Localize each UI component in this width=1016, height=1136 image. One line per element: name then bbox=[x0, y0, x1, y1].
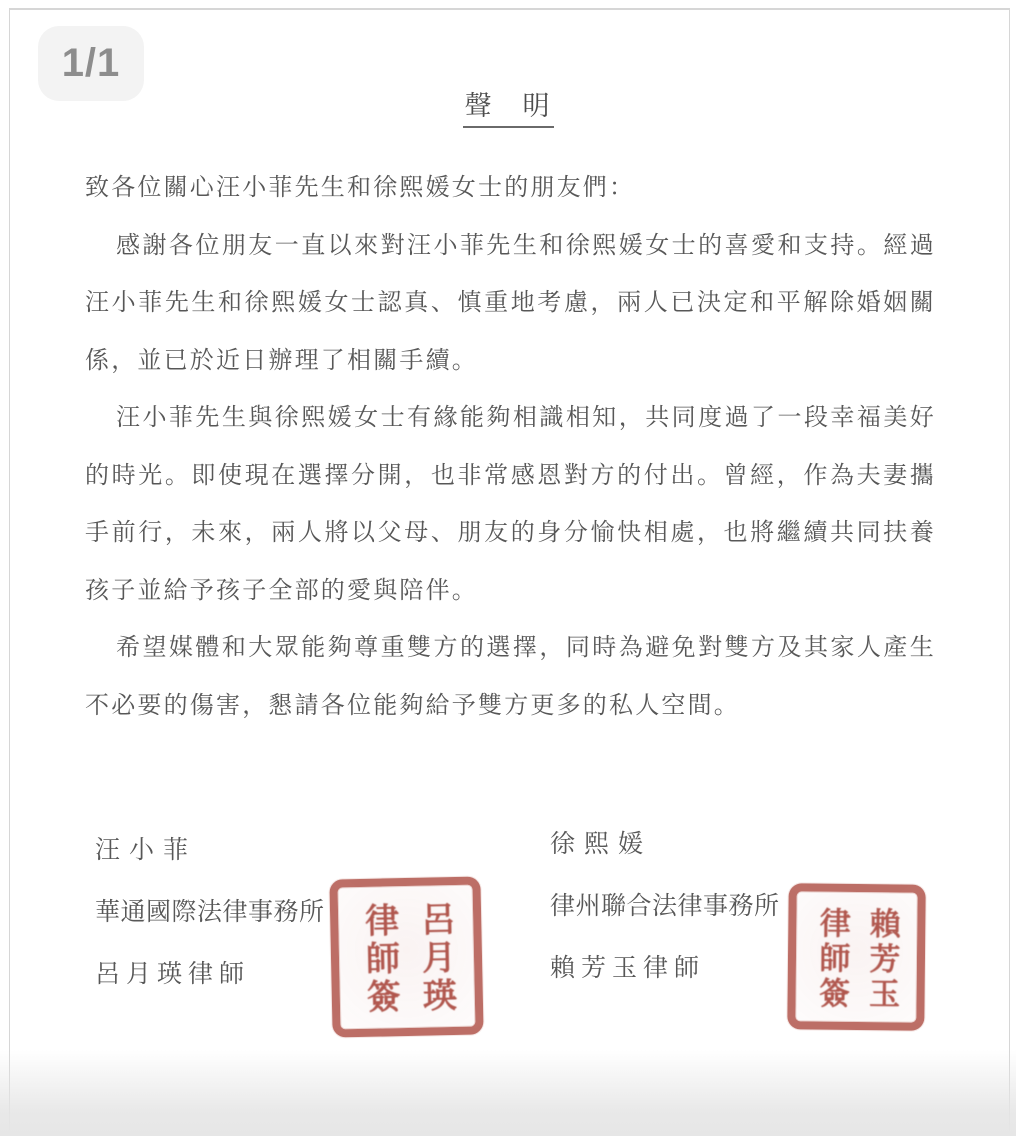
law-firm-left: 華通國際法律事務所 bbox=[95, 882, 325, 944]
greeting-line: 致各位關心汪小菲先生和徐熙媛女士的朋友們： bbox=[85, 160, 936, 218]
law-firm-right: 律州聯合法律事務所 bbox=[550, 876, 780, 938]
paragraph-3: 希望媒體和大眾能夠尊重雙方的選擇，同時為避免對雙方及其家人產生不必要的傷害，懇請… bbox=[85, 620, 936, 735]
lawyer-name-right: 賴芳玉律師 bbox=[550, 938, 780, 1000]
lawyer-seal-right: 賴芳玉律師簽 bbox=[787, 883, 926, 1030]
paragraph-1: 感謝各位朋友一直以來對汪小菲先生和徐熙媛女士的喜愛和支持。經過汪小菲先生和徐熙媛… bbox=[85, 218, 936, 391]
signature-block-right: 徐熙媛 律州聯合法律事務所 賴芳玉律師 bbox=[550, 814, 780, 1000]
page-indicator-label: 1/1 bbox=[62, 41, 121, 86]
lawyer-seal-left: 呂月瑛律師簽 bbox=[329, 876, 483, 1037]
paragraph-2: 汪小菲先生與徐熙媛女士有緣能夠相識相知，共同度過了一段幸福美好的時光。即使現在選… bbox=[85, 390, 936, 620]
seal-text-left: 呂月瑛律師簽 bbox=[349, 885, 464, 1031]
signatory-name-right: 徐熙媛 bbox=[550, 814, 780, 876]
photo-bottom-shadow bbox=[0, 1050, 1016, 1136]
document-body: 致各位關心汪小菲先生和徐熙媛女士的朋友們： 感謝各位朋友一直以來對汪小菲先生和徐… bbox=[85, 160, 936, 735]
document-title: 聲 明 bbox=[463, 84, 554, 128]
signatory-name-left: 汪小菲 bbox=[95, 820, 325, 882]
title-row: 聲 明 bbox=[0, 84, 1016, 128]
seal-text-right: 賴芳玉律師簽 bbox=[806, 891, 907, 1024]
signature-block-left: 汪小菲 華通國際法律事務所 呂月瑛律師 bbox=[95, 820, 325, 1006]
statement-document: 聲 明 致各位關心汪小菲先生和徐熙媛女士的朋友們： 感謝各位朋友一直以來對汪小菲… bbox=[0, 0, 1016, 1136]
lawyer-name-left: 呂月瑛律師 bbox=[95, 944, 325, 1006]
page-indicator-badge: 1/1 bbox=[38, 26, 144, 101]
